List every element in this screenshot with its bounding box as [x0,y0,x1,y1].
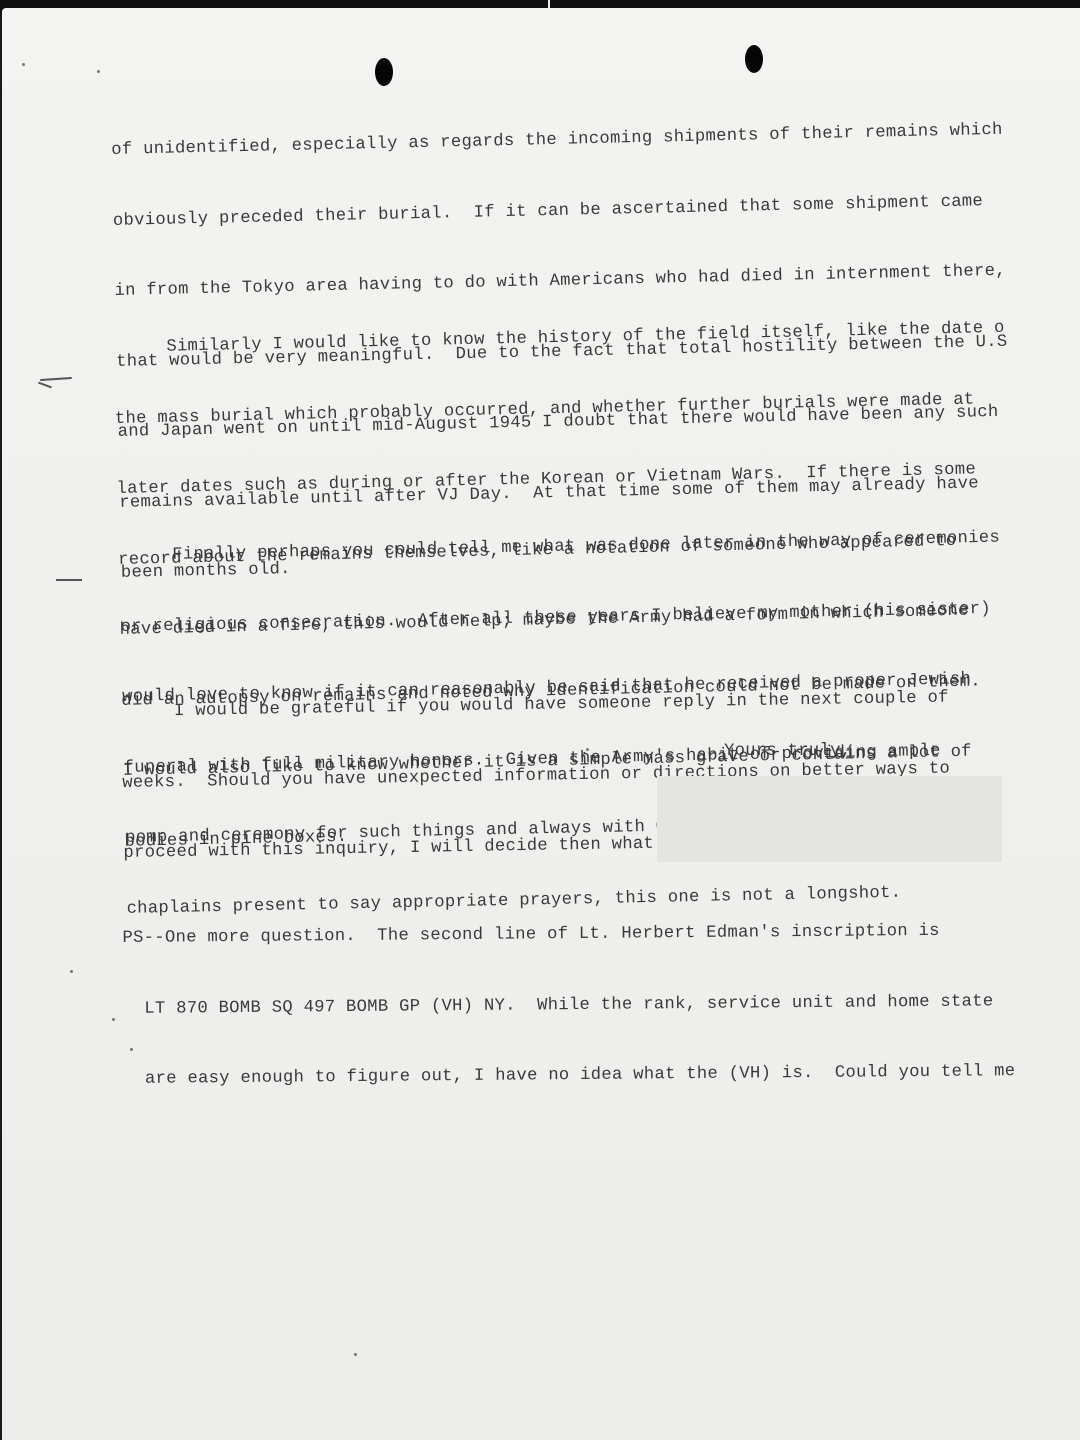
text-line: I would be grateful if you would have so… [121,687,949,725]
speck [112,1018,115,1021]
speck [22,63,25,66]
edge-seam [548,0,550,8]
text-line: are easy enough to figure out, I have no… [124,1060,1016,1091]
letter-page: of unidentified, especially as regards t… [2,8,1080,1440]
text-line: Similarly I would like to know the histo… [113,317,1005,361]
text-line: the mass burial which probably occurred,… [115,387,1007,431]
text-line: or religious consecration. After all the… [120,597,1001,639]
margin-pen-mark [38,382,52,388]
text-line: obviously preceded their burial. If it c… [113,189,1005,233]
text-line: LT 870 BOMB SQ 497 BOMB GP (VH) NY. Whil… [123,990,1015,1021]
signature-redaction [657,776,1002,862]
punch-hole-icon [745,45,763,73]
margin-pen-mark [40,377,72,381]
text-line: PS--One more question. The second line o… [122,919,1014,950]
speck [97,70,100,73]
punch-hole-icon [375,58,393,86]
speck [70,970,73,973]
closing: Yours truly, [724,740,851,764]
text-line: Finally perhaps you could tell me what w… [119,527,1000,569]
postscript: PS--One more question. The second line o… [122,872,1016,1138]
speck [354,1353,357,1356]
margin-pen-mark [56,579,82,581]
text-line: of unidentified, especially as regards t… [111,119,1003,163]
